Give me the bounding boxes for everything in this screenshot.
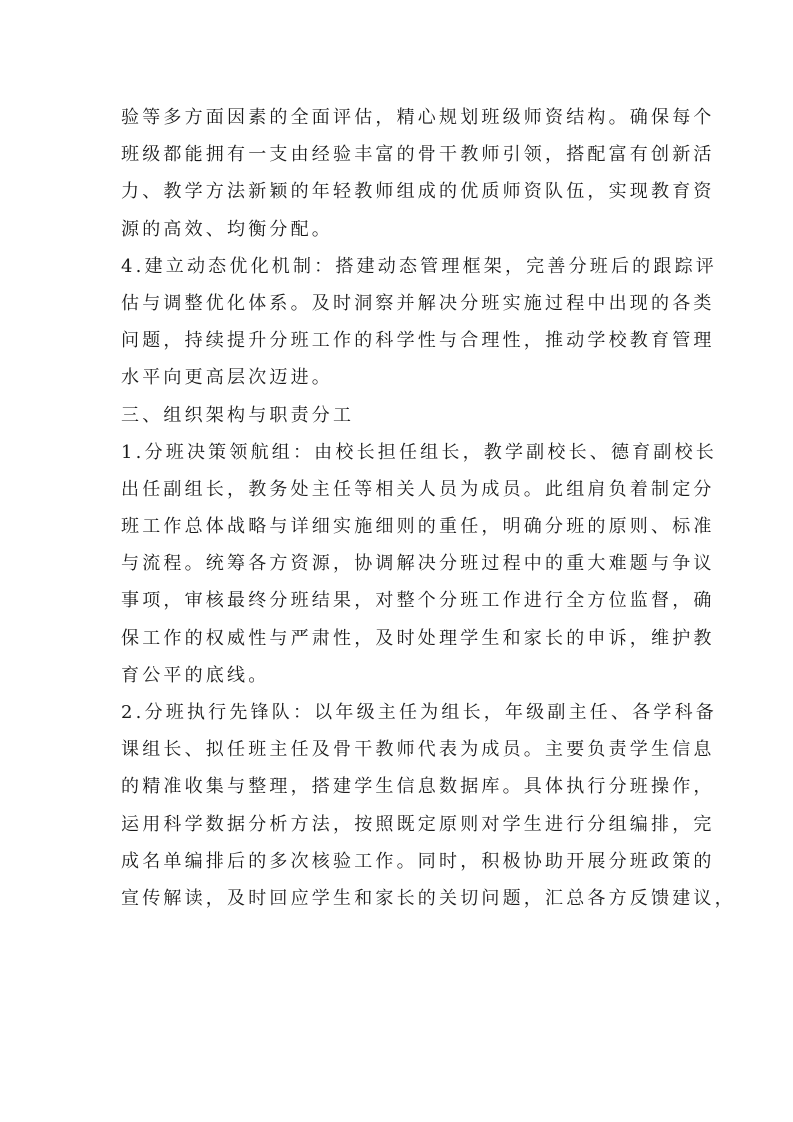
- paragraph-teacher-allocation: 验等多方面因素的全面评估，精心规划班级师资结构。确保每个 班级都能拥有一支由经验…: [121, 99, 681, 248]
- text-line: 宣传解读，及时回应学生和家长的关切问题，汇总各方反馈建议，: [121, 880, 681, 917]
- text-line: 与流程。统筹各方资源，协调解决分班过程中的重大难题与争议: [121, 545, 681, 582]
- section-heading-organization: 三、组织架构与职责分工: [121, 397, 681, 434]
- text-line: 成名单编排后的多次核验工作。同时，积极协助开展分班政策的: [121, 843, 681, 880]
- text-line: 估与调整优化体系。及时洞察并解决分班实施过程中出现的各类: [121, 285, 681, 322]
- page-body: 验等多方面因素的全面评估，精心规划班级师资结构。确保每个 班级都能拥有一支由经验…: [121, 99, 681, 917]
- paragraph-decision-group: 1.分班决策领航组：由校长担任组长，教学副校长、德育副校长 出任副组长，教务处主…: [121, 434, 681, 694]
- text-line: 出任副组长，教务处主任等相关人员为成员。此组肩负着制定分: [121, 471, 681, 508]
- text-line: 班工作总体战略与详细实施细则的重任，明确分班的原则、标准: [121, 508, 681, 545]
- text-line: 课组长、拟任班主任及骨干教师代表为成员。主要负责学生信息: [121, 731, 681, 768]
- text-line: 力、教学方法新颖的年轻教师组成的优质师资队伍，实现教育资: [121, 173, 681, 210]
- text-line: 班级都能拥有一支由经验丰富的骨干教师引领，搭配富有创新活: [121, 136, 681, 173]
- text-line: 水平向更高层次迈进。: [121, 359, 681, 396]
- text-line: 1.分班决策领航组：由校长担任组长，教学副校长、德育副校长: [121, 434, 681, 471]
- text-line: 4.建立动态优化机制：搭建动态管理框架，完善分班后的跟踪评: [121, 248, 681, 285]
- text-line: 问题，持续提升分班工作的科学性与合理性，推动学校教育管理: [121, 322, 681, 359]
- text-line: 2.分班执行先锋队：以年级主任为组长，年级副主任、各学科备: [121, 694, 681, 731]
- section-heading: 三、组织架构与职责分工: [121, 397, 681, 434]
- text-line: 源的高效、均衡分配。: [121, 211, 681, 248]
- text-line: 育公平的底线。: [121, 657, 681, 694]
- text-line: 保工作的权威性与严肃性，及时处理学生和家长的申诉，维护教: [121, 620, 681, 657]
- document-page: 验等多方面因素的全面评估，精心规划班级师资结构。确保每个 班级都能拥有一支由经验…: [0, 0, 793, 1122]
- text-line: 的精准收集与整理，搭建学生信息数据库。具体执行分班操作，: [121, 768, 681, 805]
- paragraph-execution-team: 2.分班执行先锋队：以年级主任为组长，年级副主任、各学科备 课组长、拟任班主任及…: [121, 694, 681, 917]
- text-line: 事项，审核最终分班结果，对整个分班工作进行全方位监督，确: [121, 582, 681, 619]
- text-line: 运用科学数据分析方法，按照既定原则对学生进行分组编排，完: [121, 806, 681, 843]
- text-line: 验等多方面因素的全面评估，精心规划班级师资结构。确保每个: [121, 99, 681, 136]
- paragraph-dynamic-optimization: 4.建立动态优化机制：搭建动态管理框架，完善分班后的跟踪评 估与调整优化体系。及…: [121, 248, 681, 397]
